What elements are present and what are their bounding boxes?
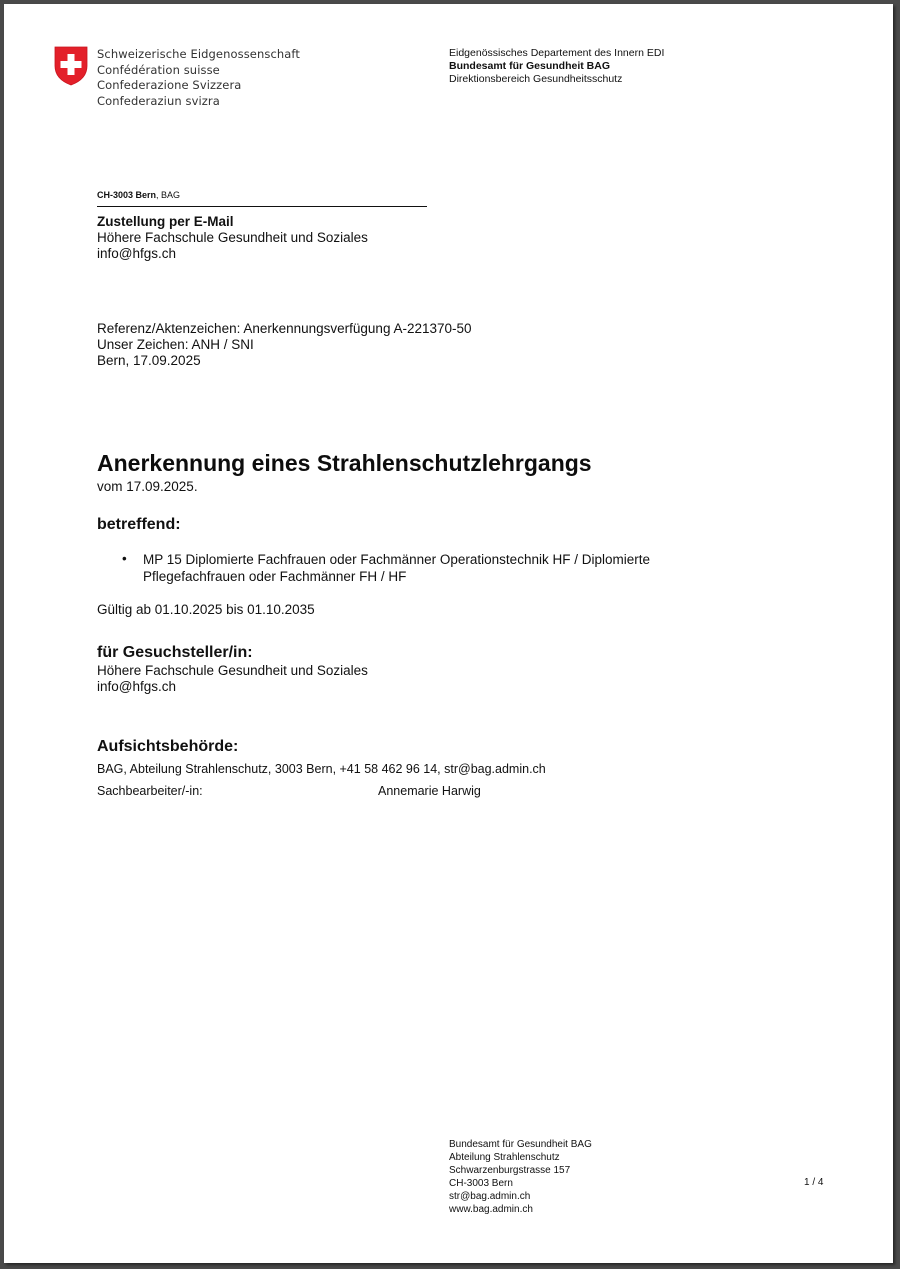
reference-number: Referenz/Aktenzeichen: Anerkennungsverfü… <box>97 321 472 337</box>
recipient-block: Zustellung per E-Mail Höhere Fachschule … <box>97 214 368 262</box>
address-divider <box>97 206 427 207</box>
federation-name-de: Schweizerische Eidgenossenschaft <box>97 47 300 63</box>
swiss-coat-of-arms-icon <box>54 46 88 86</box>
footer-division: Abteilung Strahlenschutz <box>449 1151 592 1164</box>
bullet-icon: • <box>122 551 127 566</box>
office-name: Bundesamt für Gesundheit BAG <box>449 60 664 73</box>
sender-postcode: CH-3003 Bern <box>97 190 156 200</box>
page-number: 1 / 4 <box>804 1177 823 1188</box>
footer-address: Bundesamt für Gesundheit BAG Abteilung S… <box>449 1138 592 1216</box>
footer-city: CH-3003 Bern <box>449 1177 592 1190</box>
sender-office: , BAG <box>156 190 180 200</box>
applicant-name: Höhere Fachschule Gesundheit und Soziale… <box>97 663 368 679</box>
concerning-item: MP 15 Diplomierte Fachfrauen oder Fachmä… <box>143 551 743 585</box>
recipient-email: info@hfgs.ch <box>97 246 368 262</box>
document-title: Anerkennung eines Strahlenschutzlehrgang… <box>97 450 592 477</box>
sender-line: CH-3003 Bern, BAG <box>97 190 180 200</box>
federation-name-fr: Confédération suisse <box>97 63 300 79</box>
federation-name-it: Confederazione Svizzera <box>97 78 300 94</box>
case-officer-name: Annemarie Harwig <box>378 784 481 798</box>
footer-street: Schwarzenburgstrasse 157 <box>449 1164 592 1177</box>
concerning-heading: betreffend: <box>97 516 181 534</box>
applicant-email: info@hfgs.ch <box>97 679 368 695</box>
department-name: Eidgenössisches Departement des Innern E… <box>449 47 664 60</box>
division-name: Direktionsbereich Gesundheitsschutz <box>449 73 664 86</box>
department-block: Eidgenössisches Departement des Innern E… <box>449 47 664 86</box>
validity-period: Gültig ab 01.10.2025 bis 01.10.2035 <box>97 602 315 617</box>
delivery-method: Zustellung per E-Mail <box>97 214 368 230</box>
document-date: vom 17.09.2025. <box>97 479 198 494</box>
recipient-name: Höhere Fachschule Gesundheit und Soziale… <box>97 230 368 246</box>
place-date: Bern, 17.09.2025 <box>97 353 472 369</box>
applicant-block: Höhere Fachschule Gesundheit und Soziale… <box>97 663 368 695</box>
authority-contact: BAG, Abteilung Strahlenschutz, 3003 Bern… <box>97 762 546 776</box>
our-sign: Unser Zeichen: ANH / SNI <box>97 337 472 353</box>
reference-block: Referenz/Aktenzeichen: Anerkennungsverfü… <box>97 321 472 369</box>
federation-names: Schweizerische Eidgenossenschaft Confédé… <box>97 47 300 109</box>
applicant-heading: für Gesuchsteller/in: <box>97 644 253 662</box>
footer-website: www.bag.admin.ch <box>449 1203 592 1216</box>
federation-name-rm: Confederaziun svizra <box>97 94 300 110</box>
authority-heading: Aufsichtsbehörde: <box>97 738 238 756</box>
case-officer-label: Sachbearbeiter/-in: <box>97 784 203 798</box>
footer-email: str@bag.admin.ch <box>449 1190 592 1203</box>
footer-office: Bundesamt für Gesundheit BAG <box>449 1138 592 1151</box>
document-page: Schweizerische Eidgenossenschaft Confédé… <box>4 4 893 1263</box>
